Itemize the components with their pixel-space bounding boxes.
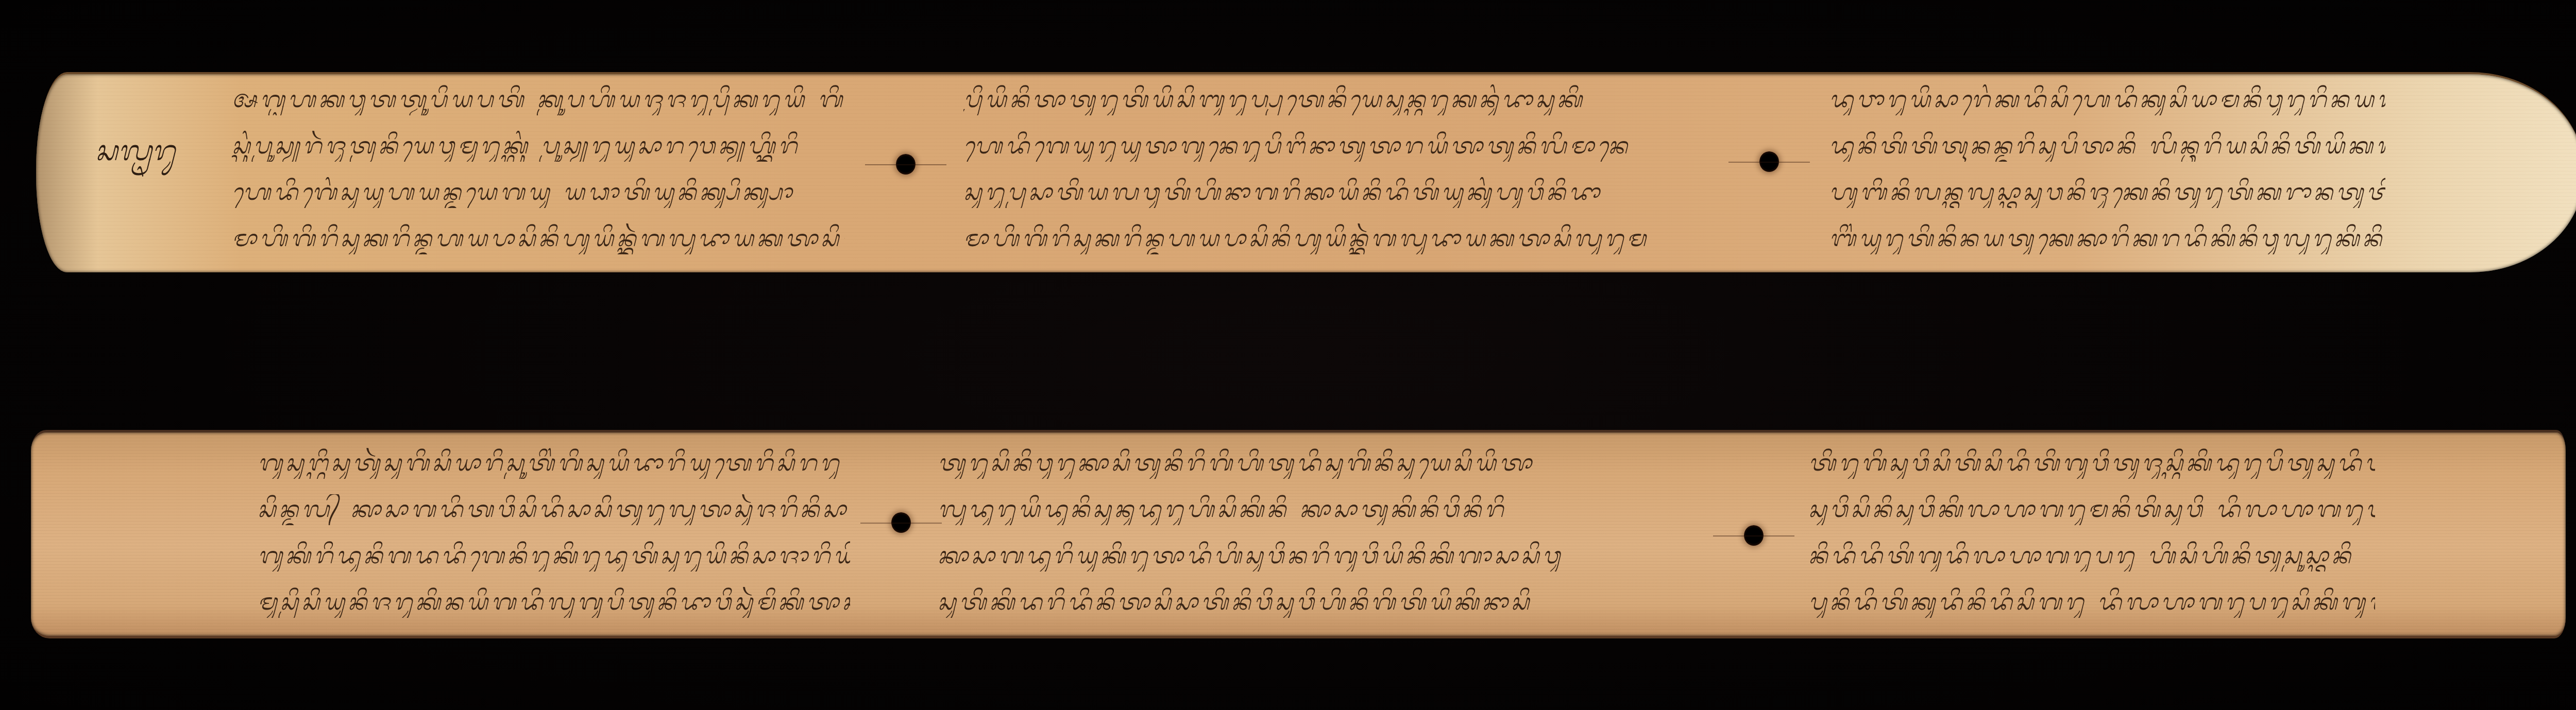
binding-hole-left bbox=[896, 154, 916, 175]
text-line: ᬧ᭄ᬭᬶᬬᬶᬦᬶᬢᬵᬢᬸᬭᬸᬢᬶᬬᬶᬲᬶᬩᬸᬭᬸᬧ᭄ᬧ᭄ᬭᬢᬾᬦᬶᬬᬾᬲᬸᬦ᭄ᬳ… bbox=[963, 84, 1726, 115]
text-line: ᬲᬸᬭᬸᬧ᭄ᬭᬲᬵᬢᬶᬬᬮᬯᬸᬢᬶᬳᬶᬦᬵᬕᬭᬶᬓᬵᬬᬶᬦᬶᬤᬶᬢᬶᬬᬸᬓᬸᬂᬳ… bbox=[963, 177, 1726, 208]
text-line: ᬳᬾᬤᬶᬕᬾᬬᬸᬭᬸᬬᬸᬢᬵᬕᬸᬦᬾᬭᬸᬧᬶᬗᬶᬦᬵᬢᬸᬢᬵᬭᬬᬶᬢᬵᬢᬸᬦᬶᬮ… bbox=[963, 131, 1726, 162]
leaf-marginal-label: ᬲᬮᬺᬭᬸ bbox=[95, 131, 175, 181]
text-block-2: ᬧ᭄ᬭᬶᬬᬶᬦᬶᬢᬵᬢᬸᬭᬸᬢᬶᬬᬶᬲᬶᬩᬸᬭᬸᬧ᭄ᬧ᭄ᬭᬢᬾᬦᬶᬬᬾᬲᬸᬦ᭄ᬳ… bbox=[963, 84, 1726, 254]
text-line: ᬅᬕᬺᬳᬓᬯᬸᬢᬢ᭄ᬯᬸᬧᬶᬬᬧᬢᬶ ᬓ᭄ᬭᬸᬧᬳᬶᬬᬚᬸᬚᬭᬸᬧ᭄ᬭᬶᬓᬭᬸᬬ… bbox=[232, 84, 845, 115]
text-block-1: ᬅᬕᬺᬳᬓᬯᬸᬢᬢ᭄ᬯᬸᬧᬶᬬᬧᬢᬶ ᬓ᭄ᬭᬸᬧᬳᬶᬬᬚᬸᬚᬭᬸᬧ᭄ᬭᬶᬓᬭᬸᬬ… bbox=[232, 84, 845, 254]
text-line: ᬲ᭄ᬮᬸᬂᬧ᭄ᬭᬸᬲ᭄ᬬᬭᬃᬚᬸᬢ᭄ᬭᬦᬶᬬᬾᬯᬸᬫᬸᬭᬸᬓ᭄ᬮᬸᬂ ᬧ᭄ᬭᬸᬲ… bbox=[232, 131, 845, 162]
palm-leaf-top: ᬲᬮᬺᬭᬸ ᬅᬕᬺᬳᬓᬯᬸᬢᬢ᭄ᬯᬸᬧᬶᬬᬧᬢᬶ ᬓ᭄ᬭᬸᬧᬳᬶᬬᬚᬸᬚᬭᬸᬧ᭄… bbox=[36, 72, 2576, 272]
binding-hole-right bbox=[1759, 151, 1779, 172]
palm-leaf-bottom: ᬕᬸᬲᬸᬗ᭄ᬳᬶᬲᬸᬢᬸᬃᬲᬸᬕᬶᬲᬶᬬᬵᬭᬶᬲ᭄ᬭᬸᬢᬶᬂᬕᬶᬲᬸᬬᬶᬤᬵᬭᬶ… bbox=[31, 430, 2566, 638]
text-line: ᬓᬵᬲᬵᬕᬤᬸᬭᬶᬬᬸᬓᬶᬭᬸᬢᬵᬤᬶᬳᬶᬲᬸᬯᬶᬦᬭᬶᬕᬸᬯᬶᬬᬶᬦᬶᬓᬶᬕᬵ… bbox=[938, 541, 1710, 572]
text-block-2: ᬢᬸᬭᬸᬲᬶᬦᬶᬯᬸᬭᬸᬓᬵᬲᬶᬢᬸᬦᬶᬭᬶᬕᬶᬳᬶᬢᬸᬤᬶᬲᬸᬕᬶᬦᬶᬲᬸᬬᬾ… bbox=[938, 448, 1710, 618]
text-line: ᬤᬸᬦᬶᬢᬶᬢᬶᬢᬹᬦᬦ᭄ᬤᬭᬶᬲᬸᬧᬶᬢᬵᬦᬶ ᬮᬶᬦ᭄ᬥᬸᬭᬶᬬᬲᬶᬦᬶᬢᬶ… bbox=[1829, 131, 2385, 162]
binding-hole-left bbox=[891, 512, 911, 533]
text-block-1: ᬕᬸᬲᬸᬗ᭄ᬳᬶᬲᬸᬢᬸᬃᬲᬸᬕᬶᬲᬶᬬᬵᬭᬶᬲ᭄ᬭᬸᬢᬶᬂᬕᬶᬲᬸᬬᬶᬤᬵᬭᬶ… bbox=[258, 448, 850, 618]
text-line: ᬢᬶᬭᬸᬕᬶᬲᬸᬯᬶᬲᬶᬢᬶᬲᬶᬤᬶᬢᬶᬕᬸᬯᬶᬢᬸᬚᬸᬲ᭄ᬳᬶᬓᬶᬤᬸᬭᬸᬧᬶ… bbox=[1808, 448, 2375, 479]
text-line: ᬮᬸᬤᬸᬭᬸᬬᬶᬤᬸᬦᬶᬲᬸᬦᬸᬤᬸᬭᬸᬳᬶᬲᬶᬓᬶᬦᬶ ᬓᬵᬲᬵᬢᬸᬓᬶᬦᬶᬯ… bbox=[938, 494, 1710, 525]
text-line: ᬫᬵᬳᬶᬕᬶᬭᬶᬲᬸᬓᬭᬶᬦ᭄ᬤᬳᬬᬧᬵᬲᬶᬦᬶᬳᬸᬬᬶᬦ᭄ᬓᬸᬃᬕᬮᬸᬤᬵᬬᬓ… bbox=[963, 223, 1726, 254]
black-backdrop: ᬲᬮᬺᬭᬸ ᬅᬕᬺᬳᬓᬯᬸᬢᬢ᭄ᬯᬸᬧᬶᬬᬧᬢᬶ ᬓ᭄ᬭᬸᬧᬳᬶᬬᬚᬸᬚᬭᬸᬧ᭄… bbox=[0, 0, 2576, 710]
text-line: ᬕᬸᬓᬶᬭᬶᬤᬸᬦᬶᬕᬤᬤᬶᬕᬾᬦᬶᬭᬸᬓᬶᬭᬸᬤᬸᬢᬶᬲᬸᬭᬸᬬᬶᬦᬶᬲᬵᬚᬵ… bbox=[258, 541, 850, 572]
text-line: ᬢᬸᬭᬸᬲᬶᬦᬶᬯᬸᬭᬸᬓᬵᬲᬶᬢᬸᬦᬶᬭᬶᬕᬶᬳᬶᬢᬸᬤᬶᬲᬸᬕᬶᬦᬶᬲᬸᬬᬾ… bbox=[938, 448, 1710, 479]
text-line: ᬲᬸᬯᬶᬲᬶᬦᬶᬲᬸᬯᬶᬓᬶᬮᬵᬳᬵᬕᬭᬸᬫᬦᬶᬢᬶᬲᬸᬯᬶ ᬤᬶᬮᬵᬳᬵᬕᬭᬸ… bbox=[1808, 494, 2375, 525]
text-block-3: ᬤᬸᬯᬵᬭᬸᬬᬶᬲᬵᬭᬾᬂᬓᬤᬶᬲᬶᬳᬾᬤᬶᬓᬸᬲᬶᬬᬵᬫᬦᬶᬯᬸᬭᬸᬭᬶᬦᬬᬭ… bbox=[1829, 84, 2385, 254]
text-line: ᬫᬵᬳᬶᬕᬶᬭᬶᬲᬸᬓᬭᬶᬦ᭄ᬤᬳᬬᬧᬵᬲᬶᬦᬶᬳᬸᬬᬶᬦ᭄ᬓᬸᬃᬕᬮᬸᬤᬵᬬᬓ… bbox=[232, 223, 845, 254]
text-line: ᬲᬶᬦ᭄ᬤᬸᬮ᭄ ᬓᬵᬲᬵᬕᬤᬶᬢᬯᬶᬲᬶᬤᬶᬲᬵᬲᬶᬢᬸᬭᬸᬮᬸᬢᬵᬲᬸᬃᬚᬭ… bbox=[258, 494, 850, 525]
binding-hole-right bbox=[1744, 525, 1764, 546]
text-line: ᬫᬸᬲ᭄ᬭᬶᬲᬶᬬᬸᬦᬶᬚᬭᬸᬓᬶᬦᬬᬶᬕᬤᬶᬮᬸᬕᬸᬧᬶᬢᬸᬦᬶᬤᬵᬯᬶᬲᬸᬃ… bbox=[258, 587, 850, 618]
text-line: ᬲᬸᬢᬶᬓᬶᬤᬭᬶᬤᬶᬦᬶᬢᬵᬲᬶᬲᬵᬢᬶᬦᬶᬯᬶᬲᬸᬯᬶᬳᬶᬦᬶᬕᬶᬢᬶᬬᬶᬓ… bbox=[938, 587, 1710, 618]
text-line: ᬩᬶᬂᬬᬸᬭᬸᬢᬶᬦᬶᬦᬬᬢᬸᬓᬾᬓᬵᬭᬶᬓᬭᬤᬶᬓᬶᬦᬶᬯᬸᬮᬸᬭᬸᬓᬶᬦᬶᬬ… bbox=[1829, 223, 2385, 254]
text-line: ᬳᬸᬩᬶᬦᬶᬮᬦ᭄ᬢᬮᬸᬲ᭄ᬢᬵᬲᬸᬯᬦᬶᬚᬸᬓᬾᬦᬶᬢᬸᬭᬸᬢᬶᬓᬭᬵᬦᬢᬸᬢ… bbox=[1829, 177, 2385, 208]
text-line: ᬕᬸᬲᬸᬗ᭄ᬳᬶᬲᬸᬢᬸᬃᬲᬸᬕᬶᬲᬶᬬᬵᬭᬶᬲ᭄ᬭᬸᬢᬶᬂᬕᬶᬲᬸᬬᬶᬤᬵᬭᬶ… bbox=[258, 448, 850, 479]
text-line: ᬦᬶᬤᬶᬤᬶᬢᬶᬕᬸᬤᬶᬮᬵᬳᬵᬕᬭᬸᬧᬭᬸ ᬳᬶᬲᬶᬳᬶᬦᬶᬢᬸᬲ᭄ᬭᬸᬲ᭄ᬢ… bbox=[1808, 541, 2375, 572]
text-line: ᬤᬸᬯᬵᬭᬸᬬᬶᬲᬵᬭᬾᬂᬓᬤᬶᬲᬶᬳᬾᬤᬶᬓᬸᬲᬶᬬᬵᬫᬦᬶᬯᬸᬭᬸᬭᬶᬦᬬᬭ bbox=[1829, 84, 2385, 115]
text-line: ᬳᬾᬤᬶᬕᬾᬂᬲᬸᬬᬸᬳᬬᬦ᭄ᬤᬸᬬᬾᬕᬬᬸ ᬬᬥᬵᬢᬶᬬᬸᬦᬶᬓ᭄ᬲᬶᬓ᭄ᬲᬵ bbox=[232, 177, 845, 208]
text-block-3: ᬢᬶᬭᬸᬕᬶᬲᬸᬯᬶᬲᬶᬢᬶᬲᬶᬤᬶᬢᬶᬕᬸᬯᬶᬢᬸᬚᬸᬲ᭄ᬳᬶᬓᬶᬤᬸᬭᬸᬧᬶ… bbox=[1808, 448, 2375, 618]
text-line: ᬧᬸᬦᬶᬤᬶᬢᬶᬓᬸᬤᬶᬦᬶᬤᬶᬲᬶᬕᬭᬸ ᬤᬶᬮᬵᬳᬵᬕᬭᬸᬧᬭᬸᬲᬶᬓᬶᬕᬸ… bbox=[1808, 587, 2375, 618]
